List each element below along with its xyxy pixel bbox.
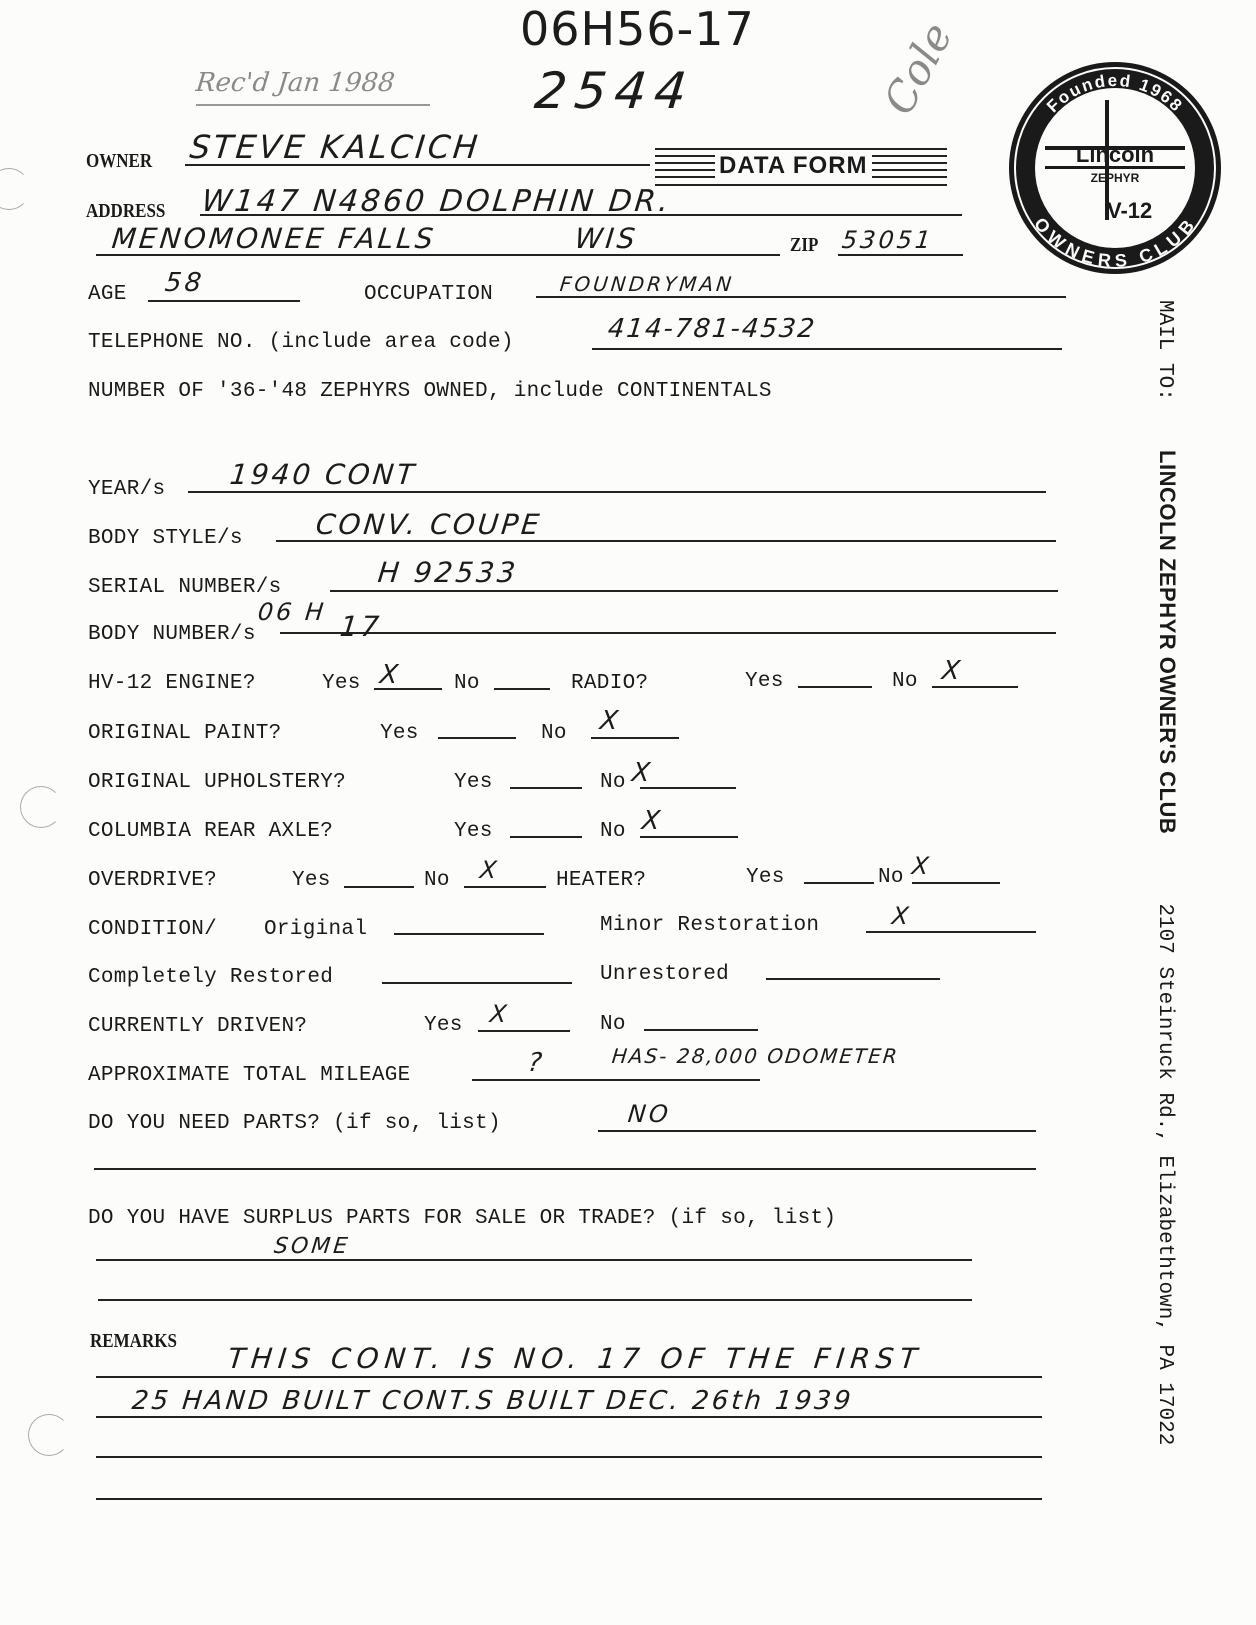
body-style-value[interactable]: CONV. COUPE (314, 508, 543, 541)
driven-no-line (644, 1029, 758, 1031)
condition-minor-label: Minor Restoration (600, 914, 819, 937)
radio-no-line (932, 686, 1018, 688)
remarks-line2-value[interactable]: 25 HAND BUILT CONT.S BUILT DEC. 26th 193… (130, 1386, 855, 1416)
zip-label: ZIP (790, 234, 818, 257)
mail-to-club: LINCOLN ZEPHYR OWNER'S CLUB (1155, 450, 1180, 834)
axle-no-mark[interactable]: X (640, 806, 664, 836)
address-city-value[interactable]: MENOMONEE FALLS (110, 222, 437, 255)
mileage-note[interactable]: HAS- 28,000 ODOMETER (611, 1044, 900, 1068)
condition-unrestored-label: Unrestored (600, 963, 729, 986)
need-parts-value[interactable]: NO (627, 1100, 673, 1128)
remarks-line-3 (96, 1456, 1042, 1458)
mail-to-label: MAIL TO: (1153, 300, 1176, 401)
initials-note: Cole (874, 15, 962, 123)
hv12-no-line (494, 688, 550, 690)
upholstery-no-label: No (600, 771, 626, 794)
remarks-line-2 (96, 1416, 1042, 1418)
occupation-line (536, 296, 1066, 298)
owner-value[interactable]: STEVE KALCICH (188, 128, 482, 166)
mail-to-address: 2107 Steinruck Rd., Elizabethtown, PA 17… (1153, 903, 1176, 1445)
radio-no-label: No (892, 670, 918, 693)
year-value[interactable]: 1940 CONT (228, 458, 418, 491)
condition-original-line (394, 933, 544, 935)
paint-yes-label: Yes (380, 722, 419, 745)
remarks-line-4 (96, 1498, 1042, 1500)
zip-line (838, 254, 963, 256)
condition-label: CONDITION/ (88, 918, 217, 941)
radio-label: RADIO? (571, 672, 648, 695)
heater-yes-label: Yes (746, 866, 785, 889)
overdrive-no-mark[interactable]: X (479, 856, 501, 884)
heater-no-mark[interactable]: X (911, 852, 933, 880)
heater-yes-line (804, 882, 874, 884)
remarks-line-1 (96, 1376, 1042, 1378)
occupation-label: OCCUPATION (364, 283, 493, 306)
body-number-label: BODY NUMBER/s (88, 623, 256, 646)
hv12-label: HV-12 ENGINE? (88, 672, 256, 695)
punch-hole (28, 1414, 70, 1456)
punch-hole (20, 786, 62, 828)
serial-value[interactable]: H 92533 (376, 556, 519, 589)
received-underline (196, 104, 430, 106)
hv12-yes-mark[interactable]: X (378, 660, 402, 690)
hv12-no-label: No (454, 672, 480, 695)
heater-no-label: No (878, 866, 904, 889)
condition-complete-line (382, 982, 572, 984)
owner-label: OWNER (86, 150, 152, 173)
address-line1-value[interactable]: W147 N4860 DOLPHIN DR. (200, 184, 673, 219)
upholstery-yes-label: Yes (454, 771, 493, 794)
driven-yes-label: Yes (424, 1014, 463, 1037)
body-number-prefix[interactable]: 06 H (257, 598, 328, 626)
remarks-label: REMARKS (90, 1330, 177, 1353)
radio-no-mark[interactable]: X (940, 656, 964, 686)
year-label: YEAR/s (88, 478, 165, 501)
axle-yes-line (510, 836, 582, 838)
overdrive-yes-line (344, 886, 414, 888)
surplus-value[interactable]: SOME (273, 1234, 352, 1259)
mail-to-block: MAIL TO: LINCOLN ZEPHYR OWNER'S CLUB 210… (1153, 300, 1180, 1445)
axle-yes-label: Yes (454, 820, 493, 843)
paint-no-line (591, 737, 679, 739)
axle-no-label: No (600, 820, 626, 843)
overdrive-no-label: No (424, 869, 450, 892)
address-label: ADDRESS (86, 200, 165, 223)
need-parts-label: DO YOU NEED PARTS? (if so, list) (88, 1112, 501, 1135)
club-logo-icon: Founded 1968 OWNERS CLUB Lincoln ZEPHYR … (1005, 58, 1225, 278)
year-line (188, 491, 1046, 493)
condition-minor-line (866, 931, 1036, 933)
condition-complete-label: Completely Restored (88, 966, 333, 989)
punch-hole (0, 168, 30, 210)
paint-yes-line (438, 737, 516, 739)
svg-text:Lincoln: Lincoln (1076, 142, 1154, 167)
surplus-line-1 (96, 1259, 972, 1261)
svg-text:ZEPHYR: ZEPHYR (1091, 171, 1140, 185)
paint-label: ORIGINAL PAINT? (88, 722, 282, 745)
driven-label: CURRENTLY DRIVEN? (88, 1015, 307, 1038)
telephone-label: TELEPHONE NO. (include area code) (88, 331, 514, 354)
axle-label: COLUMBIA REAR AXLE? (88, 820, 333, 843)
upholstery-yes-line (510, 787, 582, 789)
mileage-label: APPROXIMATE TOTAL MILEAGE (88, 1064, 411, 1087)
upholstery-label: ORIGINAL UPHOLSTERY? (88, 771, 346, 794)
upholstery-no-mark[interactable]: X (630, 758, 654, 788)
serial-line (330, 590, 1058, 592)
radio-yes-line (798, 686, 872, 688)
paint-no-mark[interactable]: X (598, 706, 622, 736)
address-state-value[interactable]: WIS (573, 222, 639, 255)
data-form-banner: DATA FORM (655, 148, 947, 186)
remarks-line1-value[interactable]: THIS CONT. IS NO. 17 OF THE FIRST (226, 1342, 924, 1375)
serial-label: SERIAL NUMBER/s (88, 576, 282, 599)
telephone-line (592, 348, 1062, 350)
hv12-yes-label: Yes (322, 672, 361, 695)
overdrive-label: OVERDRIVE? (88, 869, 217, 892)
condition-unrestored-line (766, 978, 940, 980)
condition-minor-mark[interactable]: X (891, 902, 913, 930)
driven-no-label: No (600, 1013, 626, 1036)
body-number-line (280, 632, 1056, 634)
zephyrs-owned-label: NUMBER OF '36-'48 ZEPHYRS OWNED, include… (88, 380, 772, 403)
radio-yes-label: Yes (745, 670, 784, 693)
file-code: 06H56-17 (520, 2, 755, 56)
occupation-value[interactable]: FOUNDRYMAN (559, 272, 736, 296)
overdrive-no-line (464, 886, 546, 888)
body-number-value[interactable]: 17 (338, 610, 383, 643)
driven-yes-line (478, 1030, 570, 1032)
age-label: AGE (88, 283, 127, 306)
form-number: 2544 (532, 62, 697, 120)
need-parts-line (598, 1130, 1036, 1132)
need-parts-line-2 (94, 1168, 1036, 1170)
upholstery-no-line (640, 787, 736, 789)
form-title: DATA FORM (715, 152, 872, 180)
surplus-label: DO YOU HAVE SURPLUS PARTS FOR SALE OR TR… (88, 1207, 836, 1230)
overdrive-yes-label: Yes (292, 869, 331, 892)
heater-no-line (912, 882, 1000, 884)
surplus-line-2 (98, 1299, 972, 1301)
mileage-line (472, 1079, 760, 1081)
zip-value[interactable]: 53051 (841, 226, 935, 254)
heater-label: HEATER? (556, 869, 646, 892)
telephone-value[interactable]: 414-781-4532 (606, 314, 817, 344)
age-line (148, 300, 300, 302)
driven-yes-mark[interactable]: X (489, 1000, 511, 1028)
axle-no-line (640, 836, 738, 838)
received-note: Rec'd Jan 1988 (194, 68, 396, 98)
mileage-value[interactable]: ? (526, 1048, 546, 1078)
condition-original-label: Original (264, 918, 367, 941)
body-style-label: BODY STYLE/s (88, 527, 243, 550)
svg-text:V-12: V-12 (1107, 198, 1152, 223)
paint-no-label: No (541, 722, 567, 745)
age-value[interactable]: 58 (163, 268, 205, 298)
